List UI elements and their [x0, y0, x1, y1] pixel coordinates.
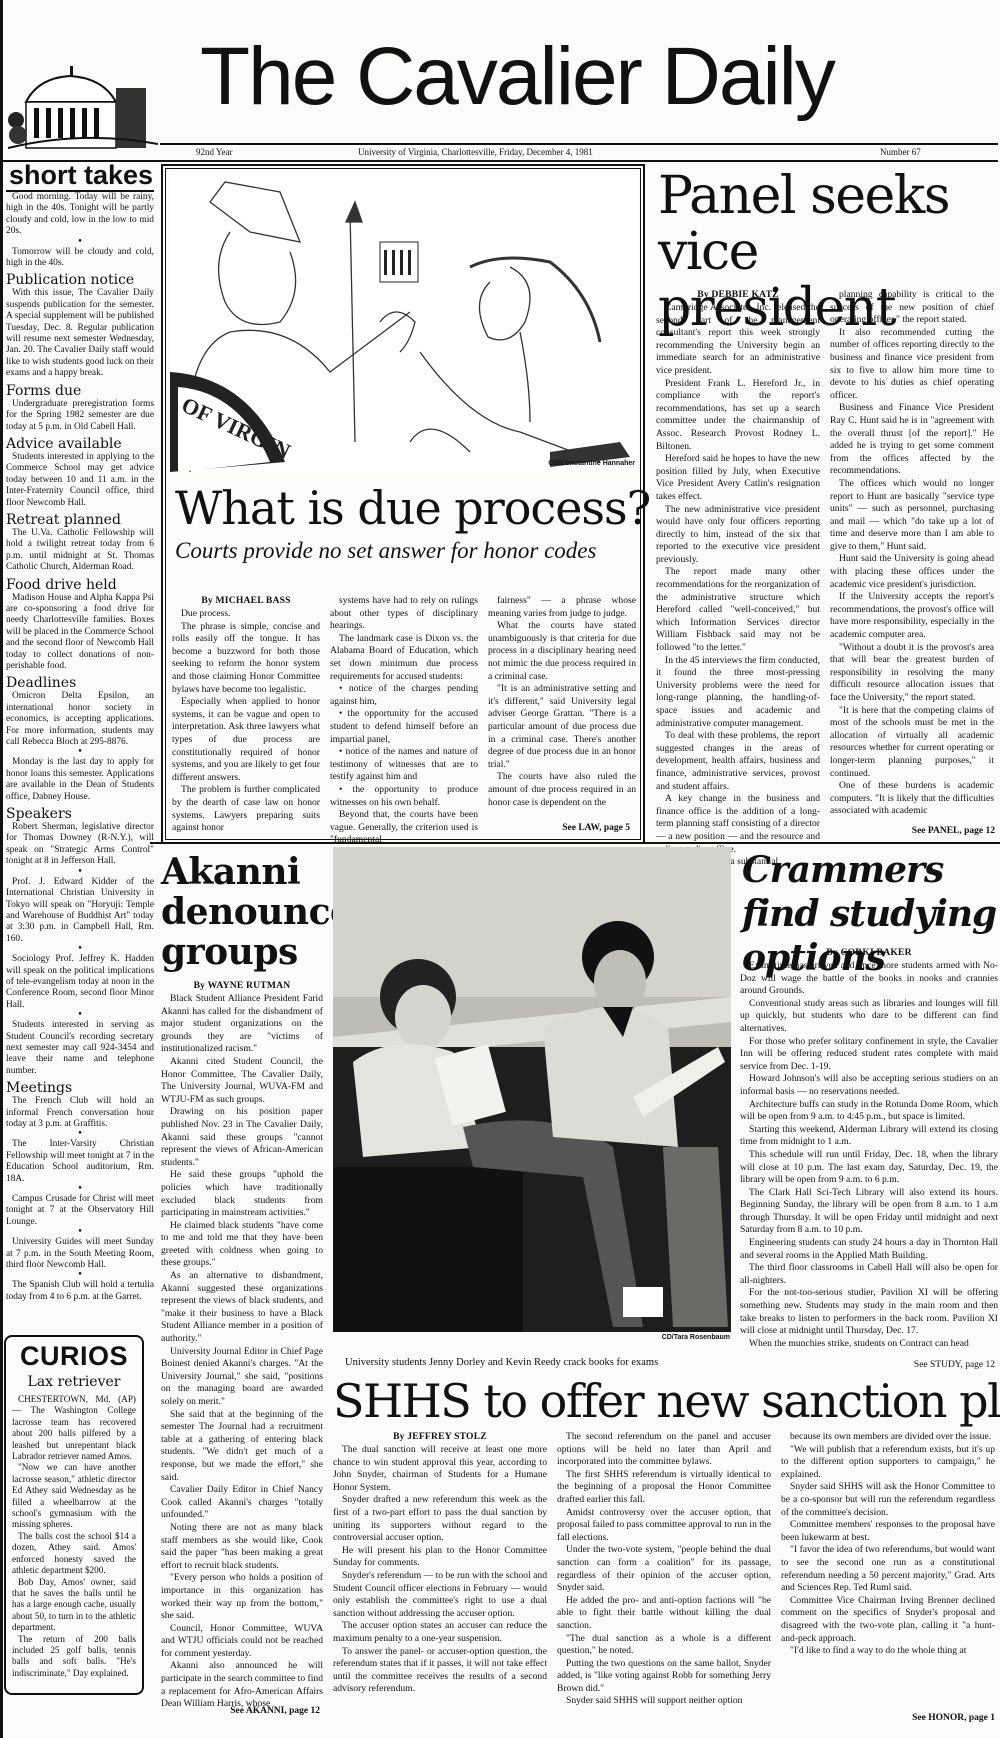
- article-paragraph: Business and Finance Vice President Ray …: [830, 402, 994, 478]
- article-paragraph: The courts have also ruled the amount of…: [488, 771, 636, 809]
- curios-title: CURIOS: [12, 1341, 136, 1371]
- article-column: By DEBBIE KATZCambridge Associates, Inc.…: [656, 289, 820, 869]
- crammers-article: By CORKI BAKER Exam time has arrived and…: [740, 947, 998, 1350]
- akanni-article: By WAYNE RUTMAN Black Student Alliance P…: [161, 980, 323, 1711]
- due-process-headline: What is due process?: [175, 485, 650, 531]
- short-take-heading: Retreat planned: [6, 512, 154, 528]
- article-column: The second referendum on the panel and a…: [557, 1431, 771, 1708]
- dateline: University of Virginia, Charlottesville,…: [358, 147, 593, 157]
- article-paragraph: because its own members are divided over…: [781, 1431, 995, 1444]
- bullet-separator: •: [6, 868, 154, 877]
- article-paragraph: Tomorrow will be cloudy and cold, high i…: [6, 247, 154, 270]
- article-paragraph: She said that at the beginning of the se…: [161, 1409, 323, 1485]
- rotunda-logo-icon: [8, 40, 158, 150]
- curios-body: CHESTERTOWN, Md. (AP) — The Washington C…: [12, 1394, 136, 1679]
- article-paragraph: The report made many other recommendatio…: [656, 566, 820, 654]
- article-paragraph: Due process.: [172, 608, 320, 621]
- article-paragraph: Students interested in serving as Studen…: [6, 1020, 154, 1077]
- see-panel-jump[interactable]: See PANEL, page 12: [860, 826, 995, 836]
- article-paragraph: For the not-too-serious studier, Pavilio…: [740, 1287, 998, 1337]
- article-paragraph: In the 45 interviews the firm conducted,…: [656, 655, 820, 731]
- article-paragraph: He said these groups "uphold the policie…: [161, 1169, 323, 1219]
- see-akanni-jump[interactable]: See AKANNI, page 12: [190, 1706, 320, 1716]
- article-paragraph: Cavalier Daily Editor in Chief Nancy Coo…: [161, 1484, 323, 1522]
- article-paragraph: systems have had to rely on rulings abou…: [330, 595, 478, 633]
- short-take-heading: Meetings: [6, 1080, 154, 1096]
- photo-credit: CD/Tara Rosenbaum: [610, 1334, 730, 1341]
- article-paragraph: Council, Honor Committee, WUVA and WTJU …: [161, 1623, 323, 1661]
- article-paragraph: This schedule will run until Friday, Dec…: [740, 1149, 998, 1187]
- honor-arm-wrestling-illustration: OF VIRGIN: [170, 172, 638, 472]
- see-study-jump[interactable]: See STUDY, page 12: [860, 1360, 995, 1370]
- article-paragraph: For those who prefer solitary confinemen…: [740, 1036, 998, 1074]
- article-paragraph: Committee members' responses to the prop…: [781, 1519, 995, 1544]
- short-take-heading: Publication notice: [6, 272, 154, 288]
- article-paragraph: The third floor classrooms in Cabell Hal…: [740, 1262, 998, 1287]
- article-column: planning capability is critical to the s…: [830, 289, 994, 869]
- article-paragraph: To answer the panel- or accuser-option q…: [333, 1646, 547, 1696]
- issue-number: Number 67: [880, 147, 921, 157]
- article-paragraph: "It is an administrative setting and it'…: [488, 683, 636, 771]
- article-paragraph: As an alternative to disbandment, Akanni…: [161, 1270, 323, 1346]
- illustration-credit: CD/Constantine Hannaher: [480, 460, 635, 467]
- article-paragraph: "Without a doubt it is the provost's are…: [830, 642, 994, 705]
- bullet-separator: •: [6, 1185, 154, 1194]
- short-takes-column: short takes Good morning. Today will be …: [6, 160, 154, 1303]
- article-paragraph: Drawing on his position paper published …: [161, 1106, 323, 1169]
- article-paragraph: The first SHHS referendum is virtually i…: [557, 1469, 771, 1507]
- short-take-heading: Forms due: [6, 383, 154, 399]
- article-paragraph: The new administrative vice president wo…: [656, 504, 820, 567]
- article-paragraph: planning capability is critical to the s…: [830, 289, 994, 327]
- article-paragraph: Students interested in applying to the C…: [6, 452, 154, 509]
- article-paragraph: Putting the two questions on the same ba…: [557, 1658, 771, 1696]
- article-paragraph: Committee Vice Chairman Irving Brenner d…: [781, 1595, 995, 1645]
- article-paragraph: Starting this weekend, Alderman Library …: [740, 1124, 998, 1149]
- article-paragraph: He will present his plan to the Honor Co…: [333, 1545, 547, 1570]
- article-paragraph: The offices which would no longer report…: [830, 478, 994, 554]
- article-paragraph: To deal with these problems, the report …: [656, 730, 820, 793]
- page-edge: [0, 0, 3, 1738]
- article-paragraph: • notice of the charges pending against …: [330, 683, 478, 708]
- masthead-rule-top: [160, 143, 998, 145]
- bullet-separator: •: [6, 1228, 154, 1237]
- article-paragraph: With this issue, The Cavalier Daily susp…: [6, 288, 154, 379]
- article-paragraph: Amidst controversy over the accuser opti…: [557, 1507, 771, 1545]
- akanni-headline: Akanni denounces groups: [161, 852, 331, 972]
- bullet-separator: •: [6, 238, 154, 247]
- article-paragraph: What the courts have stated unambiguousl…: [488, 620, 636, 683]
- article-paragraph: He claimed black students "have come to …: [161, 1220, 323, 1270]
- short-take-heading: Food drive held: [6, 577, 154, 593]
- article-paragraph: The landmark case is Dixon vs. the Alaba…: [330, 633, 478, 683]
- short-takes-items: Good morning. Today will be rainy, high …: [6, 192, 154, 1303]
- article-paragraph: Snyder's referendum — to be run with the…: [333, 1570, 547, 1620]
- short-takes-title: short takes: [6, 160, 154, 192]
- short-take-heading: Deadlines: [6, 675, 154, 691]
- curios-box: CURIOS Lax retriever CHESTERTOWN, Md. (A…: [4, 1335, 144, 1695]
- article-paragraph: Architecture buffs can study in the Rotu…: [740, 1099, 998, 1124]
- shhs-article: By JEFFREY STOLZThe dual sanction will r…: [333, 1431, 995, 1708]
- article-paragraph: The phrase is simple, concise and rolls …: [172, 621, 320, 697]
- article-paragraph: "We will publish that a referendum exist…: [781, 1444, 995, 1482]
- article-paragraph: Campus Crusade for Christ will meet toni…: [6, 1194, 154, 1228]
- article-paragraph: The Inter-Varsity Christian Fellowship w…: [6, 1139, 154, 1185]
- article-paragraph: Noting there are not as many black staff…: [161, 1522, 323, 1572]
- article-column: fairness" — a phrase whose meaning varie…: [488, 595, 636, 847]
- article-paragraph: Cambridge Associates, Inc. released the …: [656, 302, 820, 378]
- article-paragraph: Black Student Alliance President Farid A…: [161, 993, 323, 1056]
- article-paragraph: "The dual sanction as a whole is a diffe…: [557, 1633, 771, 1658]
- bullet-separator: •: [6, 1271, 154, 1280]
- article-paragraph: Howard Johnson's will also be accepting …: [740, 1073, 998, 1098]
- article-paragraph: The Spanish Club will hold a tertulia to…: [6, 1280, 154, 1303]
- article-column: systems have had to rely on rulings abou…: [330, 595, 478, 847]
- article-paragraph: The return of 200 balls included 25 golf…: [12, 1634, 136, 1680]
- article-paragraph: Bob Day, Amos' owner, said that he saves…: [12, 1577, 136, 1634]
- article-paragraph: Madison House and Alpha Kappa Psi are co…: [6, 593, 154, 673]
- article-paragraph: "Every person who holds a position of im…: [161, 1572, 323, 1622]
- article-column: because its own members are divided over…: [781, 1431, 995, 1708]
- article-paragraph: Prof. J. Edward Kidder of the Internatio…: [6, 877, 154, 945]
- article-paragraph: "I'd like to find a way to do the whole …: [781, 1645, 995, 1658]
- article-paragraph: Snyder said SHHS will ask the Honor Comm…: [781, 1481, 995, 1519]
- curios-headline: Lax retriever: [12, 1374, 136, 1390]
- article-paragraph: The problem is further complicated by th…: [172, 784, 320, 834]
- panel-article: By DEBBIE KATZCambridge Associates, Inc.…: [656, 289, 994, 869]
- article-column: By MICHAEL BASSDue process.The phrase is…: [172, 595, 320, 847]
- masthead-title: The Cavalier Daily: [200, 36, 834, 118]
- article-paragraph: Undergraduate preregistration forms for …: [6, 399, 154, 433]
- article-paragraph: Snyder said SHHS will support neither op…: [557, 1695, 771, 1708]
- article-paragraph: It also recommended cutting the number o…: [830, 327, 994, 403]
- students-studying-photo: [333, 847, 731, 1332]
- article-paragraph: • the opportunity to produce witnesses o…: [330, 784, 478, 809]
- article-paragraph: Robert Sherman, legislative director for…: [6, 822, 154, 868]
- article-paragraph: When the munchies strike, students on Co…: [740, 1338, 998, 1351]
- bullet-separator: •: [6, 1130, 154, 1139]
- byline: By JEFFREY STOLZ: [333, 1431, 547, 1442]
- article-paragraph: Monday is the last day to apply for hono…: [6, 757, 154, 803]
- article-paragraph: He added the pro- and anti-option factio…: [557, 1595, 771, 1633]
- bullet-separator: •: [6, 945, 154, 954]
- article-paragraph: The second referendum on the panel and a…: [557, 1431, 771, 1469]
- article-paragraph: Hereford said he hopes to have the new p…: [656, 453, 820, 503]
- article-paragraph: The accuser option states an accuser can…: [333, 1620, 547, 1645]
- volume-year: 92nd Year: [196, 147, 233, 157]
- article-paragraph: Conventional study areas such as librari…: [740, 998, 998, 1036]
- section-rule-mid: [150, 842, 1000, 844]
- byline: By MICHAEL BASS: [172, 595, 320, 606]
- article-paragraph: Engineering students can study 24 hours …: [740, 1237, 998, 1262]
- article-paragraph: Akanni cited Student Council, the Honor …: [161, 1056, 323, 1106]
- due-process-article: By MICHAEL BASSDue process.The phrase is…: [172, 595, 636, 847]
- article-paragraph: The French Club will hold an informal Fr…: [6, 1096, 154, 1130]
- article-paragraph: "I favor the idea of two referendums, bu…: [781, 1544, 995, 1594]
- article-paragraph: Sociology Prof. Jeffrey K. Hadden will s…: [6, 954, 154, 1011]
- shhs-headline: SHHS to offer new sanction plan: [333, 1375, 1000, 1427]
- article-paragraph: University Journal Editor in Chief Page …: [161, 1346, 323, 1409]
- see-honor-jump[interactable]: See HONOR, page 1: [860, 1713, 995, 1723]
- article-paragraph: The balls cost the school $14 a dozen, A…: [12, 1531, 136, 1577]
- article-paragraph: University Guides will meet Sunday at 7 …: [6, 1237, 154, 1271]
- article-paragraph: CHESTERTOWN, Md. (AP) — The Washington C…: [12, 1394, 136, 1462]
- article-paragraph: • notice of the names and nature of test…: [330, 746, 478, 784]
- article-paragraph: President Frank L. Hereford Jr., in comp…: [656, 378, 820, 454]
- article-paragraph: One of these burdens is academic compute…: [830, 780, 994, 818]
- byline: By DEBBIE KATZ: [656, 289, 820, 300]
- short-take-heading: Advice available: [6, 436, 154, 452]
- akanni-byline: By WAYNE RUTMAN: [161, 980, 323, 991]
- due-process-deck: Courts provide no set answer for honor c…: [175, 538, 596, 564]
- article-paragraph: If the University accepts the report's r…: [830, 591, 994, 641]
- article-paragraph: Akanni also announced he will participat…: [161, 1660, 323, 1710]
- article-paragraph: Omicron Delta Epsilon, an international …: [6, 691, 154, 748]
- article-paragraph: "Now we can have another lacrosse season…: [12, 1462, 136, 1530]
- article-paragraph: Good morning. Today will be rainy, high …: [6, 192, 154, 238]
- see-law-jump[interactable]: See LAW, page 5: [500, 823, 630, 833]
- article-paragraph: Exam time has arrived and once more stud…: [740, 960, 998, 998]
- article-paragraph: The dual sanction will receive at least …: [333, 1444, 547, 1494]
- bullet-separator: •: [6, 1011, 154, 1020]
- article-paragraph: • the opportunity for the accused studen…: [330, 708, 478, 746]
- crammers-byline: By CORKI BAKER: [740, 947, 998, 958]
- article-paragraph: Under the two-vote system, "people behin…: [557, 1544, 771, 1594]
- article-paragraph: Especially when applied to honor systems…: [172, 696, 320, 784]
- short-take-heading: Speakers: [6, 806, 154, 822]
- article-column: By JEFFREY STOLZThe dual sanction will r…: [333, 1431, 547, 1708]
- article-paragraph: The Clark Hall Sci-Tech Library will als…: [740, 1187, 998, 1237]
- article-paragraph: fairness" — a phrase whose meaning varie…: [488, 595, 636, 620]
- photo-caption: University students Jenny Dorley and Kev…: [345, 1357, 658, 1368]
- article-paragraph: Snyder drafted a new referendum this wee…: [333, 1494, 547, 1544]
- article-paragraph: The U.Va. Catholic Fellowship will hold …: [6, 528, 154, 574]
- article-paragraph: "It is here that the competing claims of…: [830, 705, 994, 781]
- article-paragraph: Hunt said the University is going ahead …: [830, 553, 994, 591]
